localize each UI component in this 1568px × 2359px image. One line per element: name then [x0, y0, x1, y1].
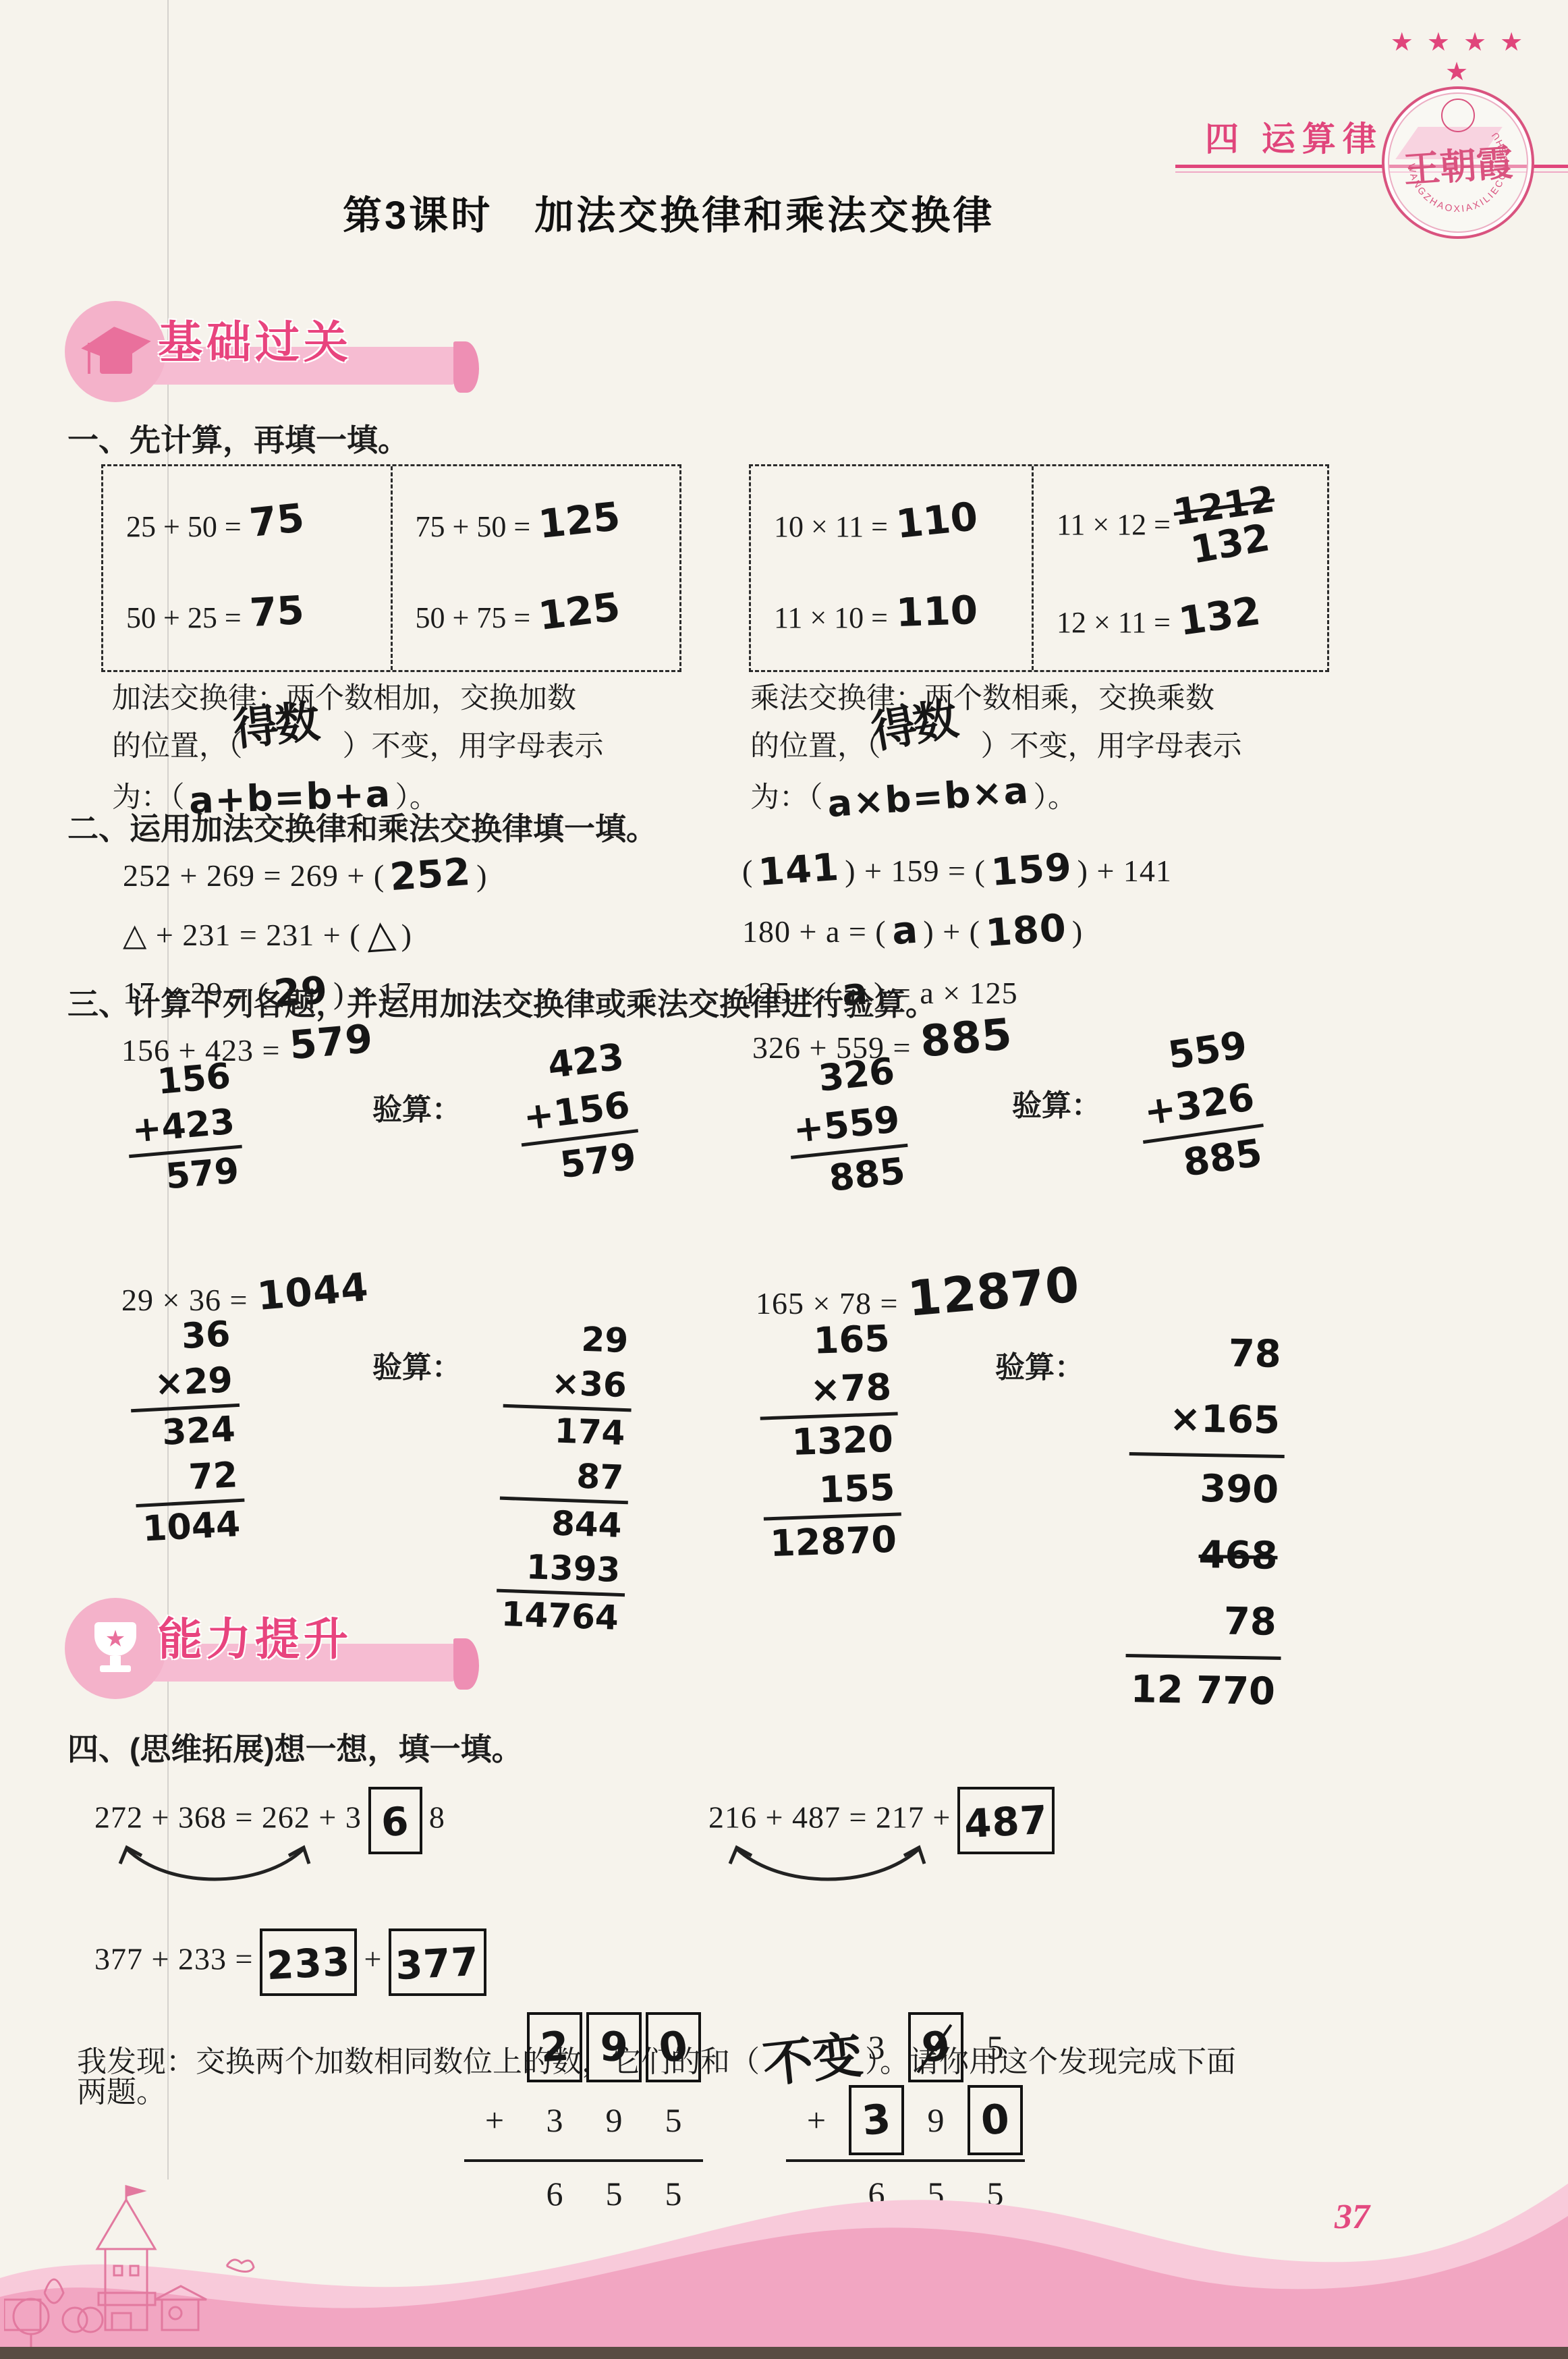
unit-tab: 四 运算律	[1205, 112, 1383, 161]
handwritten-answer[interactable]: 110	[895, 586, 978, 635]
printed-equation: 12 × 11 =	[1057, 606, 1171, 639]
handwritten-answer[interactable]: 110	[894, 493, 980, 547]
column-work[interactable]: 36×29324721044	[126, 1312, 247, 1553]
printed-text: 252 + 269 = 269 + (	[123, 858, 385, 893]
answer-box[interactable]: 6	[368, 1787, 422, 1854]
printed-text: (	[742, 854, 753, 888]
workbook-page-scan: { "page": { "number": "37" }, "header": …	[0, 0, 1568, 2359]
ribbon-curl-decor	[453, 341, 479, 393]
printed-text: )	[476, 858, 487, 893]
check-label: 验算：	[372, 1343, 461, 1386]
badge-stars-icon: ★ ★ ★ ★ ★	[1374, 27, 1542, 86]
column-work-row: 72	[134, 1453, 244, 1507]
unit-tab-label: 四 运算律	[1205, 120, 1383, 158]
law-line: 的位置，（得数）不变，用字母表示	[750, 723, 1344, 771]
q2-row: 180 + a = (a) + (180)	[742, 908, 1083, 951]
page-number: 37	[1335, 2197, 1370, 2237]
column-work-row: 1393	[497, 1545, 626, 1597]
page-edge-shadow	[0, 2347, 1568, 2359]
answer-box[interactable]: 377	[389, 1928, 486, 1996]
column-work-row: 155	[762, 1464, 901, 1520]
fill-blank[interactable]: 得数	[881, 729, 981, 756]
column-work-row: 1320	[760, 1415, 899, 1468]
badge-circle: 王朝霞 WANGZHAOXIAXILIECONGSHU	[1382, 86, 1534, 239]
column-work[interactable]: 326+559885	[781, 1047, 913, 1208]
check-label: 验算：	[995, 1343, 1084, 1386]
column-work-row: 390	[1128, 1455, 1285, 1524]
corrected-answer[interactable]: 1212132	[1171, 495, 1319, 560]
addend-row: 3 9 5	[786, 2011, 1025, 2084]
q3-equation: 165 × 78 =12870	[756, 1269, 1080, 1325]
handwritten-answer[interactable]: 1044	[256, 1264, 371, 1319]
printed-text: ) + 159 = (	[845, 854, 986, 888]
answer-box[interactable]: 9	[586, 2012, 642, 2082]
column-check[interactable]: 29×3617487844139314764	[495, 1315, 634, 1641]
badge-ring-text: WANGZHAOXIAXILIECONGSHU	[1407, 129, 1510, 214]
q1-addition-box: 25 + 50 =75 50 + 25 =75 75 + 50 =125 50 …	[101, 464, 681, 672]
plus-sign: +	[485, 2101, 504, 2140]
printed-text: 272 + 368 = 262 + 3	[94, 1800, 362, 1835]
section-header-advanced: ★ 能力提升	[65, 1594, 497, 1712]
printed-equation: 10 × 11 =	[774, 510, 888, 543]
equation-row: 11 × 12 =1212132	[1057, 495, 1319, 560]
svg-text:WANGZHAOXIAXILIECONGSHU: WANGZHAOXIAXILIECONGSHU	[1407, 129, 1510, 214]
column-work-row: 14764	[495, 1592, 625, 1642]
column-work-row: 78	[1126, 1588, 1283, 1660]
answer-box[interactable]: 9	[908, 2012, 963, 2082]
column-check[interactable]: 559+326885	[1128, 1020, 1270, 1196]
printed-text: )	[1072, 914, 1083, 949]
handwritten-answer[interactable]: 75	[247, 494, 306, 545]
printed-text: +	[364, 1942, 382, 1976]
column-check[interactable]: 423+156579	[509, 1032, 644, 1195]
column-work-row: 174	[501, 1408, 631, 1457]
printed-text: ) + 141	[1077, 854, 1172, 888]
page-title: 第3课时 加法交换律和乘法交换律	[343, 184, 995, 240]
equation-row: 50 + 25 =75	[126, 591, 383, 637]
column-work-row: 12870	[764, 1516, 903, 1569]
q2-row: 252 + 269 = 269 + (252)	[123, 852, 487, 895]
law-line: 加法交换律：两个数相加，交换加数	[112, 675, 706, 723]
swap-arrow-icon	[107, 1833, 323, 1887]
printed-text: )	[401, 918, 412, 952]
section-header-basics: 基础过关	[65, 297, 497, 415]
handwritten-answer[interactable]: 125	[536, 583, 622, 638]
q2-instruction: 二、运用加法交换律和乘法交换律填一填。	[67, 804, 657, 849]
ribbon-curl-decor	[453, 1638, 479, 1690]
discovery-line2: 两题。	[77, 2067, 166, 2111]
q1-multiplication-box: 10 × 11 =110 11 × 10 =110 11 × 12 =12121…	[749, 464, 1329, 672]
handwritten-answer[interactable]: 132	[1176, 587, 1263, 644]
addend-row: 2 9 0	[464, 2011, 703, 2084]
column-work-row: 165	[757, 1315, 896, 1368]
column-work[interactable]: 165×78132015512870	[757, 1315, 903, 1570]
law-line: 为：（a×b=b×a）。	[750, 771, 1344, 822]
check-label: 验算：	[372, 1085, 461, 1128]
section-title: 能力提升	[158, 1603, 352, 1667]
castle-illustration	[4, 2185, 314, 2359]
printed-equation: 75 + 50 =	[416, 510, 531, 543]
equation-row: 25 + 50 =75	[126, 500, 383, 546]
column-work-row: 87	[500, 1452, 629, 1505]
answer-box[interactable]: 233	[260, 1928, 357, 1996]
q4-row: 377 + 233 =233+377	[94, 1928, 493, 1996]
printed-text: △ + 231 = 231 + (	[123, 918, 361, 952]
law-line: 的位置，（得数）不变，用字母表示	[112, 723, 706, 771]
printed-text: 377 + 233 =	[94, 1942, 253, 1976]
column-work-row: 78	[1131, 1320, 1287, 1389]
equation-row: 75 + 50 =125	[416, 500, 672, 546]
equation-row: 12 × 11 =132	[1057, 596, 1319, 642]
handwritten-answer[interactable]: △	[364, 912, 397, 958]
plus-sign: +	[807, 2101, 826, 2140]
printed-equation: 11 × 12 =	[1057, 508, 1171, 541]
trophy-icon: ★	[65, 1598, 166, 1699]
printed-equation: 11 × 10 =	[774, 601, 888, 634]
q3-equation: 29 × 36 =1044	[121, 1274, 369, 1320]
column-work[interactable]: 156+423579	[121, 1053, 246, 1204]
q2-row: △ + 231 = 231 + (△)	[123, 911, 412, 955]
printed-text: ) + (	[923, 914, 980, 949]
multiplication-law-paragraph: 乘法交换律：两个数相乘，交换乘数 的位置，（得数）不变，用字母表示 为：（a×b…	[750, 675, 1344, 822]
answer-box[interactable]: 487	[957, 1787, 1055, 1854]
answer-box[interactable]: 0	[646, 2012, 701, 2082]
column-work-row: ×29	[129, 1358, 240, 1412]
section-title: 基础过关	[158, 306, 352, 370]
handwritten-formula[interactable]: a×b=b×a	[825, 767, 1030, 829]
graduation-cap-icon	[65, 301, 166, 402]
column-work-row: ×36	[503, 1360, 633, 1412]
column-work-row: 12 770	[1125, 1657, 1281, 1726]
column-work-row: ×165	[1129, 1386, 1286, 1458]
column-work-row: 468	[1127, 1522, 1283, 1590]
handwritten-answer[interactable]: 885	[918, 1009, 1015, 1067]
handwritten-answer[interactable]: 252	[389, 850, 472, 899]
q2-row: (141) + 159 = (159) + 141	[742, 847, 1172, 891]
printed-text: 180 + a = (	[742, 914, 887, 949]
handwritten-answer[interactable]: 579	[288, 1016, 376, 1069]
law-line: 乘法交换律：两个数相乘，交换乘数	[750, 675, 1344, 723]
printed-equation: 25 + 50 =	[126, 510, 242, 543]
column-work-row: 579	[130, 1148, 246, 1204]
handwritten-answer[interactable]: 125	[536, 493, 623, 547]
column-check[interactable]: 78×1653904687812 770	[1125, 1320, 1287, 1726]
handwritten-answer[interactable]: 159	[990, 845, 1073, 895]
column-work-row: 29	[505, 1315, 634, 1364]
badge-ring: WANGZHAOXIAXILIECONGSHU	[1384, 89, 1532, 236]
handwritten-answer[interactable]: a	[890, 908, 919, 954]
answer-box[interactable]: 2	[527, 2012, 582, 2082]
printed-text: 216 + 487 = 217 +	[708, 1800, 951, 1835]
equation-row: 50 + 75 =125	[416, 591, 672, 637]
column-work-row: ×78	[758, 1364, 897, 1420]
printed-text: 8	[429, 1800, 445, 1835]
handwritten-answer[interactable]: 75	[248, 586, 305, 635]
q3-instruction: 三、计算下列各题，并运用加法交换律或乘法交换律进行验算。	[67, 980, 936, 1024]
equation-row: 11 × 10 =110	[774, 591, 1024, 637]
column-work-row: 1044	[136, 1502, 247, 1553]
handwritten-answer[interactable]: 12870	[905, 1256, 1082, 1327]
q1-instruction: 一、先计算，再填一填。	[67, 416, 409, 460]
printed-equation: 50 + 75 =	[416, 601, 531, 634]
equation-row: 10 × 11 =110	[774, 500, 1024, 546]
fill-blank[interactable]: 得数	[243, 729, 343, 756]
check-label: 验算：	[1012, 1081, 1101, 1124]
column-work-row: 36	[126, 1312, 237, 1363]
q4-instruction: 四、(思维拓展)想一想，填一填。	[67, 1725, 523, 1769]
printed-equation: 50 + 25 =	[126, 601, 242, 634]
handwritten-answer[interactable]: 141	[757, 845, 841, 895]
handwritten-answer[interactable]: 得数	[231, 698, 319, 754]
column-work-row: 324	[131, 1407, 242, 1458]
swap-arrow-icon	[717, 1833, 939, 1887]
column-work-row: 844	[499, 1500, 628, 1549]
addition-law-paragraph: 加法交换律：两个数相加，交换加数 的位置，（得数）不变，用字母表示 为：（a+b…	[112, 675, 706, 822]
handwritten-answer[interactable]: 180	[984, 906, 1068, 955]
publisher-badge: ★ ★ ★ ★ ★ 王朝霞 WANGZHAOXIAXILIECONGSHU	[1374, 27, 1542, 239]
